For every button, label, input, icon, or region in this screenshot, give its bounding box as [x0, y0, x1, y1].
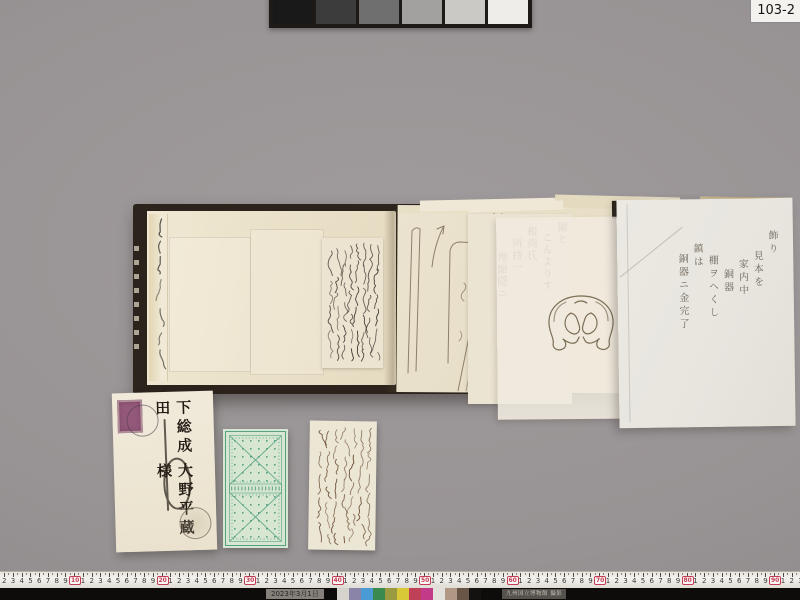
ruler-number: 2 [527, 577, 531, 585]
ruler-half-tick [481, 573, 482, 575]
ruler-number: 5 [28, 577, 32, 585]
ruler-half-tick [796, 573, 797, 575]
pasted-calligraphy-card [322, 238, 383, 368]
ruler-number: 1 [431, 577, 435, 585]
ruler-number: 5 [553, 577, 557, 585]
ruler-number: 7 [133, 577, 137, 585]
ruler-half-tick [630, 573, 631, 575]
ruler-number: 6 [37, 577, 41, 585]
ruler-number: 6 [212, 577, 216, 585]
ruler-half-tick [288, 573, 289, 575]
ruler-decade-number: 20 [157, 576, 169, 585]
ruler-number: 5 [466, 577, 470, 585]
ruler-decade-number: 90 [769, 576, 781, 585]
calligraphy-column: 銅器ニ金完了 [674, 225, 692, 417]
ruler-half-tick [175, 573, 176, 575]
calibration-patch [488, 0, 528, 24]
ruler-decade-number: 40 [332, 576, 344, 585]
calibration-patch [421, 588, 433, 600]
ruler-half-tick [568, 573, 569, 575]
ruler-number: 7 [396, 577, 400, 585]
handwritten-note-card [308, 421, 377, 551]
ruler-number: 4 [720, 577, 724, 585]
ruler-number: 3 [11, 577, 15, 585]
ruler-number: 6 [387, 577, 391, 585]
ruler-half-tick [280, 573, 281, 575]
ruler-decade-number: 60 [507, 576, 519, 585]
ruler-half-tick [253, 573, 254, 575]
ruler-number: 2 [352, 577, 356, 585]
ruler-number: 9 [763, 577, 767, 585]
ruler-half-tick [752, 573, 753, 575]
ruler-number: 1 [606, 577, 610, 585]
calibration-patch [433, 588, 445, 600]
ruler-half-tick [761, 573, 762, 575]
ruler-number: 6 [737, 577, 741, 585]
ruler-number: 4 [457, 577, 461, 585]
ruler-half-tick [656, 573, 657, 575]
ruler-number: 6 [475, 577, 479, 585]
envelope: 下総成田大野平蔵様 [112, 391, 217, 553]
ruler-number: 2 [440, 577, 444, 585]
ruler-half-tick [201, 573, 202, 575]
ruler-half-tick [472, 573, 473, 575]
ruler-half-tick [638, 573, 639, 575]
ruler-half-tick [787, 573, 788, 575]
ruler-number: 2 [615, 577, 619, 585]
date-label: 2023年3月1日 [266, 589, 324, 599]
ruler-half-tick [350, 573, 351, 575]
ruler-number: 4 [282, 577, 286, 585]
ruler-half-tick [17, 573, 18, 575]
ruler-half-tick [490, 573, 491, 575]
ruler-number: 9 [676, 577, 680, 585]
ruler-half-tick [385, 573, 386, 575]
artifact-drawing [541, 291, 622, 356]
ruler-number: 2 [177, 577, 181, 585]
ruler-number: 1 [781, 577, 785, 585]
photographed-archive-scene: 103-2 鋸とこんよりす根尚氏所持一埋縮隠ニ [0, 0, 800, 600]
ruler-half-tick [43, 573, 44, 575]
ruler-number: 5 [641, 577, 645, 585]
ruler-half-tick [603, 573, 604, 575]
ruler-half-tick [323, 573, 324, 575]
ruler-number: 5 [378, 577, 382, 585]
fold-line [626, 204, 630, 422]
ruler-number: 8 [142, 577, 146, 585]
ruler-half-tick [341, 573, 342, 575]
ruler-number: 7 [483, 577, 487, 585]
ruler-half-tick [533, 573, 534, 575]
pasted-paper-outline-1 [169, 237, 251, 372]
ruler-number: 7 [571, 577, 575, 585]
ruler-half-tick [621, 573, 622, 575]
ruler-half-tick [61, 573, 62, 575]
ruler-number: 4 [107, 577, 111, 585]
ruler-half-tick [560, 573, 561, 575]
ruler-number: 7 [658, 577, 662, 585]
loose-calligraphy-sheet: 飾り見本を家内中銅器棚ヲヘくし鎮は銅器ニ金完了 [616, 198, 795, 428]
ruler-number: 9 [326, 577, 330, 585]
ruler-number: 5 [728, 577, 732, 585]
ruler-half-tick [735, 573, 736, 575]
ruler-half-tick [122, 573, 123, 575]
ruler-number: 2 [702, 577, 706, 585]
ruler-half-tick [673, 573, 674, 575]
calibration-patch [445, 588, 457, 600]
calibration-patch [409, 588, 421, 600]
ruler-half-tick [192, 573, 193, 575]
ruler-half-tick [612, 573, 613, 575]
ruler-half-tick [700, 573, 701, 575]
calibration-patch [359, 0, 399, 24]
ruler-half-tick [236, 573, 237, 575]
ruler-number: 1 [518, 577, 522, 585]
ruler-half-tick [271, 573, 272, 575]
ruler-half-tick [525, 573, 526, 575]
ruler-half-tick [306, 573, 307, 575]
calibration-patch [361, 588, 373, 600]
ruler-number: 2 [90, 577, 94, 585]
calibration-patch [385, 588, 397, 600]
calligraphy-column: 棚ヲヘくし [704, 225, 722, 417]
ruler-half-tick [507, 573, 508, 575]
ruler-half-tick [647, 573, 648, 575]
calibration-patch [445, 0, 485, 24]
ruler-decade-number: 30 [244, 576, 256, 585]
ruler-number: 9 [238, 577, 242, 585]
calligraphy-column: 銅器 [719, 225, 737, 417]
calibration-patch [402, 0, 442, 24]
ruler-half-tick [96, 573, 97, 575]
ruler-number: 9 [588, 577, 592, 585]
ruler-half-tick [665, 573, 666, 575]
ruler-half-tick [210, 573, 211, 575]
ruler-half-tick [245, 573, 246, 575]
ruler-half-tick [157, 573, 158, 575]
ruler-number: 1 [81, 577, 85, 585]
ruler-half-tick [367, 573, 368, 575]
calibration-patch [469, 588, 481, 600]
green-patterned-card [223, 429, 288, 548]
pasted-paper-outline-2 [250, 229, 324, 375]
ruler-half-tick [52, 573, 53, 575]
pasted-card-calligraphy-strokes [322, 238, 383, 368]
ruler-half-tick [551, 573, 552, 575]
calibration-patch [457, 588, 469, 600]
ruler-half-tick [498, 573, 499, 575]
ruler-number: 6 [650, 577, 654, 585]
ruler-half-tick [166, 573, 167, 575]
ruler: 2345678910123456789201234567893012345678… [0, 571, 800, 589]
ruler-half-tick [595, 573, 596, 575]
ruler-number: 7 [46, 577, 50, 585]
ruler-half-tick [148, 573, 149, 575]
ruler-number: 1 [343, 577, 347, 585]
ruler-half-tick [516, 573, 517, 575]
ruler-number: 8 [230, 577, 234, 585]
calibration-patch [316, 0, 356, 24]
ruler-half-tick [78, 573, 79, 575]
ruler-number: 1 [168, 577, 172, 585]
ruler-half-tick [332, 573, 333, 575]
ruler-decade-number: 70 [594, 576, 606, 585]
ruler-half-tick [577, 573, 578, 575]
ruler-number: 8 [317, 577, 321, 585]
green-card-pattern [223, 429, 288, 548]
ruler-number: 3 [448, 577, 452, 585]
ruler-half-tick [105, 573, 106, 575]
ruler-half-tick [131, 573, 132, 575]
ruler-half-tick [726, 573, 727, 575]
ruler-number: 9 [501, 577, 505, 585]
ruler-half-tick [708, 573, 709, 575]
ruler-half-tick [402, 573, 403, 575]
calligraphy-column: 見本を [749, 224, 767, 416]
ruler-number: 7 [746, 577, 750, 585]
ruler-number: 9 [413, 577, 417, 585]
calibration-patch [273, 0, 313, 24]
ruler-number: 3 [711, 577, 715, 585]
calibration-patch [373, 588, 385, 600]
ruler-half-tick [26, 573, 27, 575]
ruler-number: 1 [256, 577, 260, 585]
ruler-half-tick [420, 573, 421, 575]
ruler-number: 8 [55, 577, 59, 585]
ruler-half-tick [218, 573, 219, 575]
calligraphy-column: 飾り [764, 224, 782, 416]
ruler-number: 9 [151, 577, 155, 585]
ruler-number: 7 [308, 577, 312, 585]
ruler-number: 4 [632, 577, 636, 585]
ruler-number: 3 [98, 577, 102, 585]
ruler-half-tick [87, 573, 88, 575]
ruler-number: 8 [580, 577, 584, 585]
ruler-half-tick [682, 573, 683, 575]
ruler-half-tick [315, 573, 316, 575]
ruler-number: 4 [545, 577, 549, 585]
ruler-decade-number: 10 [69, 576, 81, 585]
ruler-number: 3 [536, 577, 540, 585]
ruler-number: 3 [361, 577, 365, 585]
ruler-half-tick [183, 573, 184, 575]
ruler-half-tick [411, 573, 412, 575]
ruler-number: 7 [221, 577, 225, 585]
ruler-number: 5 [116, 577, 120, 585]
ruler-number: 3 [273, 577, 277, 585]
ruler-half-tick [227, 573, 228, 575]
ruler-half-tick [35, 573, 36, 575]
ruler-half-tick [262, 573, 263, 575]
ruler-decade-number: 80 [682, 576, 694, 585]
ruler-number: 9 [63, 577, 67, 585]
ruler-half-tick [691, 573, 692, 575]
loose-sheet-columns: 飾り見本を家内中銅器棚ヲヘくし鎮は銅器ニ金完了 [631, 224, 782, 418]
ruler-half-tick [113, 573, 114, 575]
page-edge-strip [149, 214, 168, 381]
ruler-decade-number: 50 [419, 576, 431, 585]
ruler-half-tick [778, 573, 779, 575]
ruler-half-tick [437, 573, 438, 575]
ruler-number: 2 [265, 577, 269, 585]
ruler-half-tick [770, 573, 771, 575]
ruler-number: 8 [492, 577, 496, 585]
ruler-half-tick [70, 573, 71, 575]
ruler-number: 8 [755, 577, 759, 585]
ruler-number: 5 [291, 577, 295, 585]
calligraphy-column: 鎮は [689, 225, 707, 417]
ruler-half-tick [455, 573, 456, 575]
museum-credit-label: 九州国立博物館 撮影 [502, 589, 566, 599]
ruler-half-tick [140, 573, 141, 575]
edge-calligraphy-strokes [149, 214, 167, 381]
ruler-number: 8 [405, 577, 409, 585]
ruler-half-tick [393, 573, 394, 575]
note-card-calligraphy-strokes [308, 421, 377, 551]
ruler-number: 4 [20, 577, 24, 585]
ruler-half-tick [358, 573, 359, 575]
calibration-patch [337, 588, 349, 600]
ruler-half-tick [463, 573, 464, 575]
calibration-patch [349, 588, 361, 600]
ruler-number: 4 [370, 577, 374, 585]
ruler-half-tick [376, 573, 377, 575]
binding-stitches [134, 246, 139, 350]
ruler-half-tick [586, 573, 587, 575]
ruler-number: 6 [562, 577, 566, 585]
ruler-number: 2 [790, 577, 794, 585]
color-calibration-bar [337, 588, 481, 600]
ruler-number: 3 [186, 577, 190, 585]
calibration-patch [397, 588, 409, 600]
ruler-number: 5 [203, 577, 207, 585]
ruler-number: 8 [667, 577, 671, 585]
ruler-number: 6 [125, 577, 129, 585]
grayscale-calibration-bar [269, 0, 532, 28]
ruler-half-tick [717, 573, 718, 575]
ruler-number: 2 [2, 577, 6, 585]
catalog-number-label: 103-2 [750, 0, 800, 23]
ruler-number: 3 [623, 577, 627, 585]
ruler-half-tick [428, 573, 429, 575]
ruler-number: 1 [693, 577, 697, 585]
ruler-half-tick [542, 573, 543, 575]
ruler-half-tick [743, 573, 744, 575]
ruler-half-tick [297, 573, 298, 575]
ruler-half-tick [446, 573, 447, 575]
ruler-number: 6 [300, 577, 304, 585]
ruler-number: 4 [195, 577, 199, 585]
ruler-half-tick [8, 573, 9, 575]
